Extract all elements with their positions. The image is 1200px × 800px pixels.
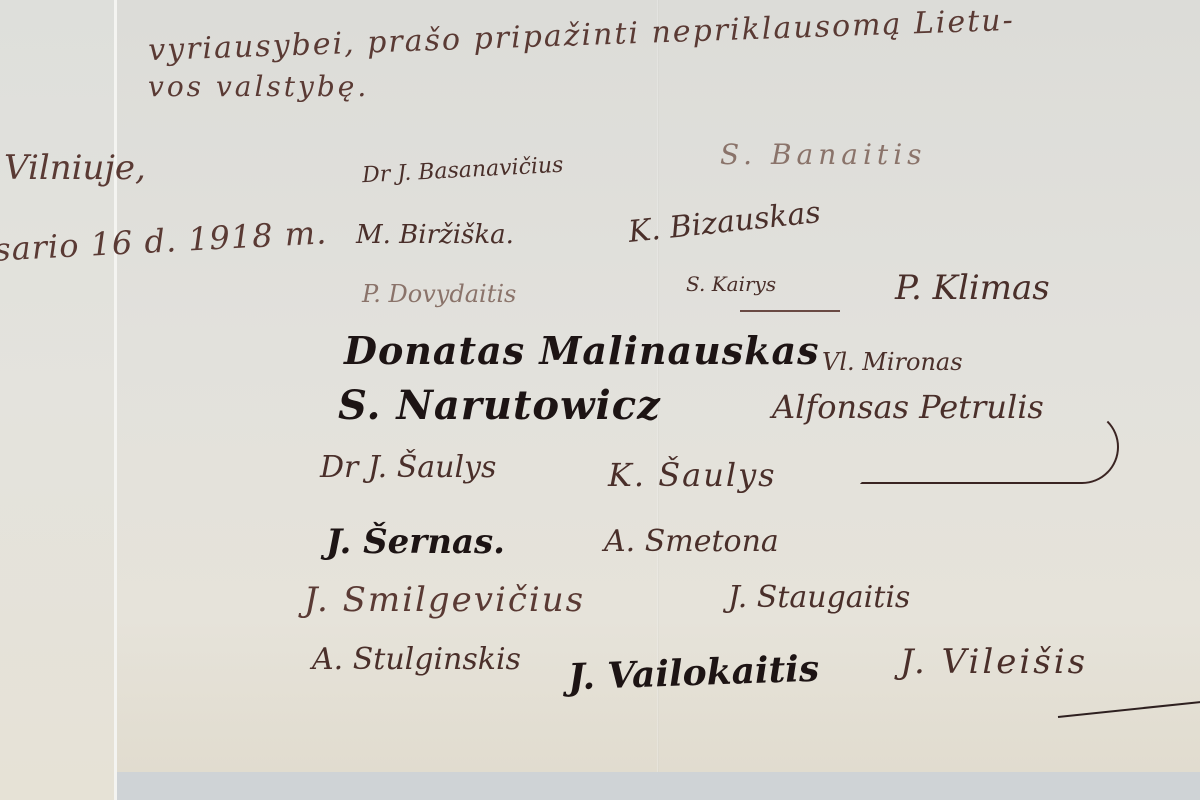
signature-j-saulys: Dr J. Šaulys: [320, 450, 496, 485]
signature-k-saulys: K. Šaulys: [608, 456, 777, 494]
signature-kairys-underline: [740, 310, 840, 312]
signature-staugaitis: J. Staugaitis: [728, 580, 910, 615]
signature-vileisis: J. Vileišis: [900, 642, 1088, 682]
signature-stulginskis: A. Stulginskis: [312, 642, 521, 677]
signature-kairys: S. Kairys: [686, 272, 776, 296]
signature-malinauskas: Donatas Malinauskas: [344, 328, 820, 373]
signature-banaitis: S. Banaitis: [720, 138, 927, 171]
signature-vailokaitis: J. Vailokaitis: [567, 648, 819, 699]
place-text: Vilniuje,: [4, 148, 146, 188]
signature-petrulis-flourish: [860, 410, 1119, 484]
signature-klimas: P. Klimas: [895, 268, 1050, 308]
signature-dovydaitis: P. Dovydaitis: [362, 280, 516, 308]
document-text-line-2: vos valstybę.: [148, 70, 369, 103]
signature-sernas: J. Šernas.: [326, 522, 505, 562]
left-paper-sheet: [0, 0, 116, 800]
signature-smetona: A. Smetona: [604, 524, 779, 559]
background-surface: [117, 772, 1200, 800]
signature-narutowicz: S. Narutowicz: [338, 382, 661, 429]
signature-mironas: Vl. Mironas: [822, 348, 963, 376]
signature-smilgevicius: J. Smilgevičius: [304, 580, 585, 620]
signature-birziska: M. Biržiška.: [356, 220, 514, 250]
sheet-edge: [114, 0, 117, 800]
